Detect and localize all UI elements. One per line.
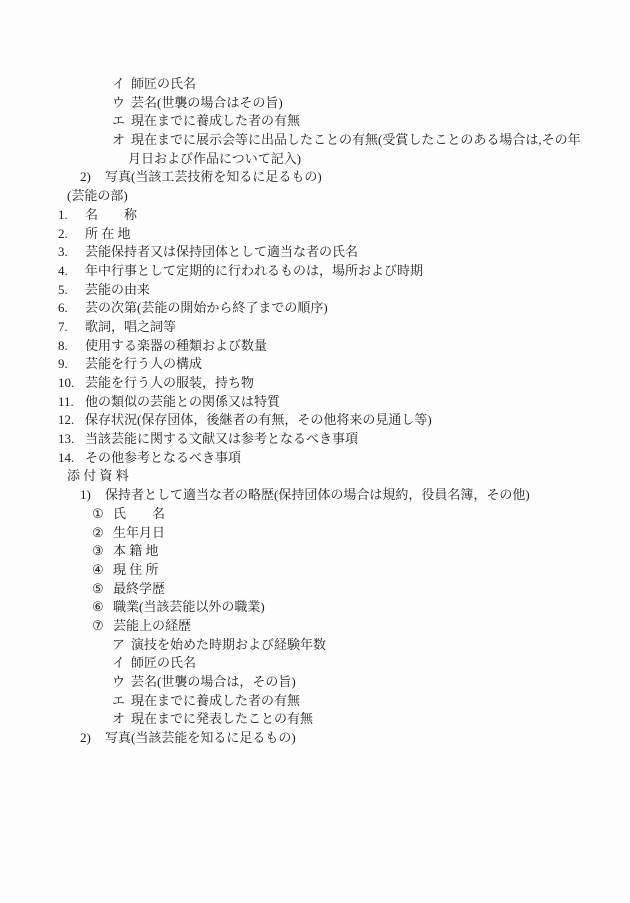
document-line: 11. 他の類似の芸能との関係又は特質 [0, 393, 630, 412]
line-text: 添 付 資 料 [67, 467, 129, 486]
line-text: 芸能を行う人の服装，持ち物 [85, 374, 254, 393]
line-text: 氏 名 [113, 505, 165, 524]
line-text: 現在までに養成した者の有無 [131, 112, 300, 131]
document-line: 添 付 資 料 [0, 467, 630, 486]
line-marker: エ [112, 112, 131, 131]
document-line: 2) 写真(当該工芸技術を知るに足るもの) [0, 168, 630, 187]
line-text: 所 在 地 [85, 225, 131, 244]
document-line: 7. 歌詞，唱之詞等 [0, 318, 630, 337]
document-line: 4. 年中行事として定期的に行われるものは，場所および時期 [0, 262, 630, 281]
line-text: 月日および作品について記入) [128, 150, 301, 169]
line-text: 現在までに展示会等に出品したことの有無(受賞したことのある場合は,その年 [131, 131, 581, 150]
document-line: 5. 芸能の由来 [0, 281, 630, 300]
line-marker: 1. [58, 206, 85, 225]
line-marker: 11. [58, 393, 85, 412]
document-line: ア 演技を始めた時期および経験年数 [0, 636, 630, 655]
document-line: エ 現在までに養成した者の有無 [0, 692, 630, 711]
line-text: 生年月日 [113, 524, 165, 543]
line-marker: ア [112, 636, 131, 655]
line-text: 芸能上の経歴 [113, 617, 191, 636]
line-marker: 4. [58, 262, 85, 281]
line-marker: 6. [58, 299, 85, 318]
line-marker: ① [92, 505, 113, 524]
document-line: エ 現在までに養成した者の有無 [0, 112, 630, 131]
document-line: 6. 芸の次第(芸能の開始から終了までの順序) [0, 299, 630, 318]
line-text: 保存状況(保存団体，後継者の有無，その他将来の見通し等) [85, 411, 432, 430]
document-line: 14. その他参考となるべき事項 [0, 449, 630, 468]
line-text: 師匠の氏名 [131, 75, 196, 94]
document-line: ⑥ 職業(当該芸能以外の職業) [0, 598, 630, 617]
line-marker: 8. [58, 337, 85, 356]
line-marker: 1) [80, 486, 105, 505]
document-line: オ 現在までに発表したことの有無 [0, 710, 630, 729]
line-text: その他参考となるべき事項 [85, 449, 241, 468]
line-text: 使用する楽器の種類および数量 [85, 337, 267, 356]
document-line: ウ 芸名(世襲の場合は，その旨) [0, 673, 630, 692]
line-marker: ⑥ [92, 598, 113, 617]
document-line: (芸能の部) [0, 187, 630, 206]
line-marker: 3. [58, 243, 85, 262]
line-marker: 2) [80, 729, 105, 748]
line-text: 芸能保持者又は保持団体として適当な者の氏名 [85, 243, 358, 262]
line-text: 当該芸能に関する文献又は参考となるべき事項 [85, 430, 358, 449]
line-text: 写真(当該芸能を知るに足るもの) [105, 729, 296, 748]
document-line: 1) 保持者として適当な者の略歴(保持団体の場合は規約，役員名簿，その他) [0, 486, 630, 505]
document-line: イ 師匠の氏名 [0, 654, 630, 673]
line-marker: ウ [112, 94, 131, 113]
document-line: イ 師匠の氏名 [0, 75, 630, 94]
document-line: 13. 当該芸能に関する文献又は参考となるべき事項 [0, 430, 630, 449]
line-text: 本 籍 地 [113, 542, 159, 561]
document-line: ⑤ 最終学歴 [0, 580, 630, 599]
line-marker: ② [92, 524, 113, 543]
line-text: 芸名(世襲の場合はその旨) [131, 94, 283, 113]
line-text: 保持者として適当な者の略歴(保持団体の場合は規約，役員名簿，その他) [105, 486, 530, 505]
line-text: 現在までに養成した者の有無 [131, 692, 300, 711]
line-marker: イ [112, 654, 131, 673]
line-text: 年中行事として定期的に行われるものは，場所および時期 [85, 262, 423, 281]
line-marker: 10. [58, 374, 85, 393]
document-body: イ 師匠の氏名 ウ 芸名(世襲の場合はその旨) エ 現在までに養成した者の有無 … [0, 75, 630, 748]
line-marker: 14. [58, 449, 85, 468]
line-text: 他の類似の芸能との関係又は特質 [85, 393, 280, 412]
document-page: イ 師匠の氏名 ウ 芸名(世襲の場合はその旨) エ 現在までに養成した者の有無 … [0, 0, 630, 903]
line-marker: 9. [58, 355, 85, 374]
line-text: 現 住 所 [113, 561, 159, 580]
document-line: ③ 本 籍 地 [0, 542, 630, 561]
document-line: 2. 所 在 地 [0, 225, 630, 244]
document-line: オ 現在までに展示会等に出品したことの有無(受賞したことのある場合は,その年 [0, 131, 630, 150]
document-line: 9. 芸能を行う人の構成 [0, 355, 630, 374]
document-line: ⑦ 芸能上の経歴 [0, 617, 630, 636]
line-text: 歌詞，唱之詞等 [85, 318, 176, 337]
line-marker: 13. [58, 430, 85, 449]
line-marker: 5. [58, 281, 85, 300]
document-line: ウ 芸名(世襲の場合はその旨) [0, 94, 630, 113]
line-text: 芸能の由来 [85, 281, 150, 300]
line-text: 芸名(世襲の場合は，その旨) [131, 673, 296, 692]
document-line: 月日および作品について記入) [0, 150, 630, 169]
line-text: (芸能の部) [67, 187, 128, 206]
document-line: ① 氏 名 [0, 505, 630, 524]
line-text: 芸能を行う人の構成 [85, 355, 202, 374]
line-text: 師匠の氏名 [131, 654, 196, 673]
document-line: 12. 保存状況(保存団体，後継者の有無，その他将来の見通し等) [0, 411, 630, 430]
line-text: 写真(当該工芸技術を知るに足るもの) [105, 168, 322, 187]
line-marker: ③ [92, 542, 113, 561]
line-text: 名 称 [85, 206, 137, 225]
line-marker: 2. [58, 225, 85, 244]
document-line: ② 生年月日 [0, 524, 630, 543]
document-line: ④ 現 住 所 [0, 561, 630, 580]
line-marker: 7. [58, 318, 85, 337]
line-text: 演技を始めた時期および経験年数 [131, 636, 326, 655]
document-line: 3. 芸能保持者又は保持団体として適当な者の氏名 [0, 243, 630, 262]
line-marker: 2) [80, 168, 105, 187]
line-text: 現在までに発表したことの有無 [131, 710, 313, 729]
line-marker: イ [112, 75, 131, 94]
line-marker: エ [112, 692, 131, 711]
line-marker: ⑦ [92, 617, 113, 636]
document-line: 10. 芸能を行う人の服装，持ち物 [0, 374, 630, 393]
line-marker: ウ [112, 673, 131, 692]
line-text: 芸の次第(芸能の開始から終了までの順序) [85, 299, 328, 318]
line-text: 最終学歴 [113, 580, 165, 599]
line-marker: ⑤ [92, 580, 113, 599]
document-line: 8. 使用する楽器の種類および数量 [0, 337, 630, 356]
line-marker: オ [112, 710, 131, 729]
line-marker: 12. [58, 411, 85, 430]
document-line: 2) 写真(当該芸能を知るに足るもの) [0, 729, 630, 748]
line-marker: ④ [92, 561, 113, 580]
line-text: 職業(当該芸能以外の職業) [113, 598, 265, 617]
document-line: 1. 名 称 [0, 206, 630, 225]
line-marker: オ [112, 131, 131, 150]
